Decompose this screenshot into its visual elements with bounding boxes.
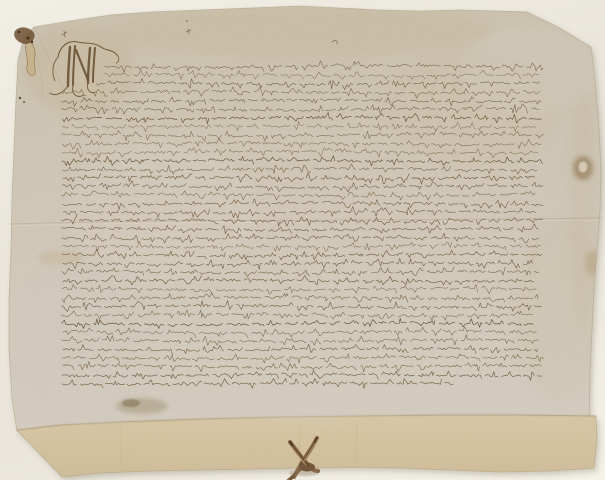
scanned-charter-photo: Scanned medieval parchment charter: dens…	[0, 0, 605, 480]
charter-svg	[0, 0, 605, 480]
